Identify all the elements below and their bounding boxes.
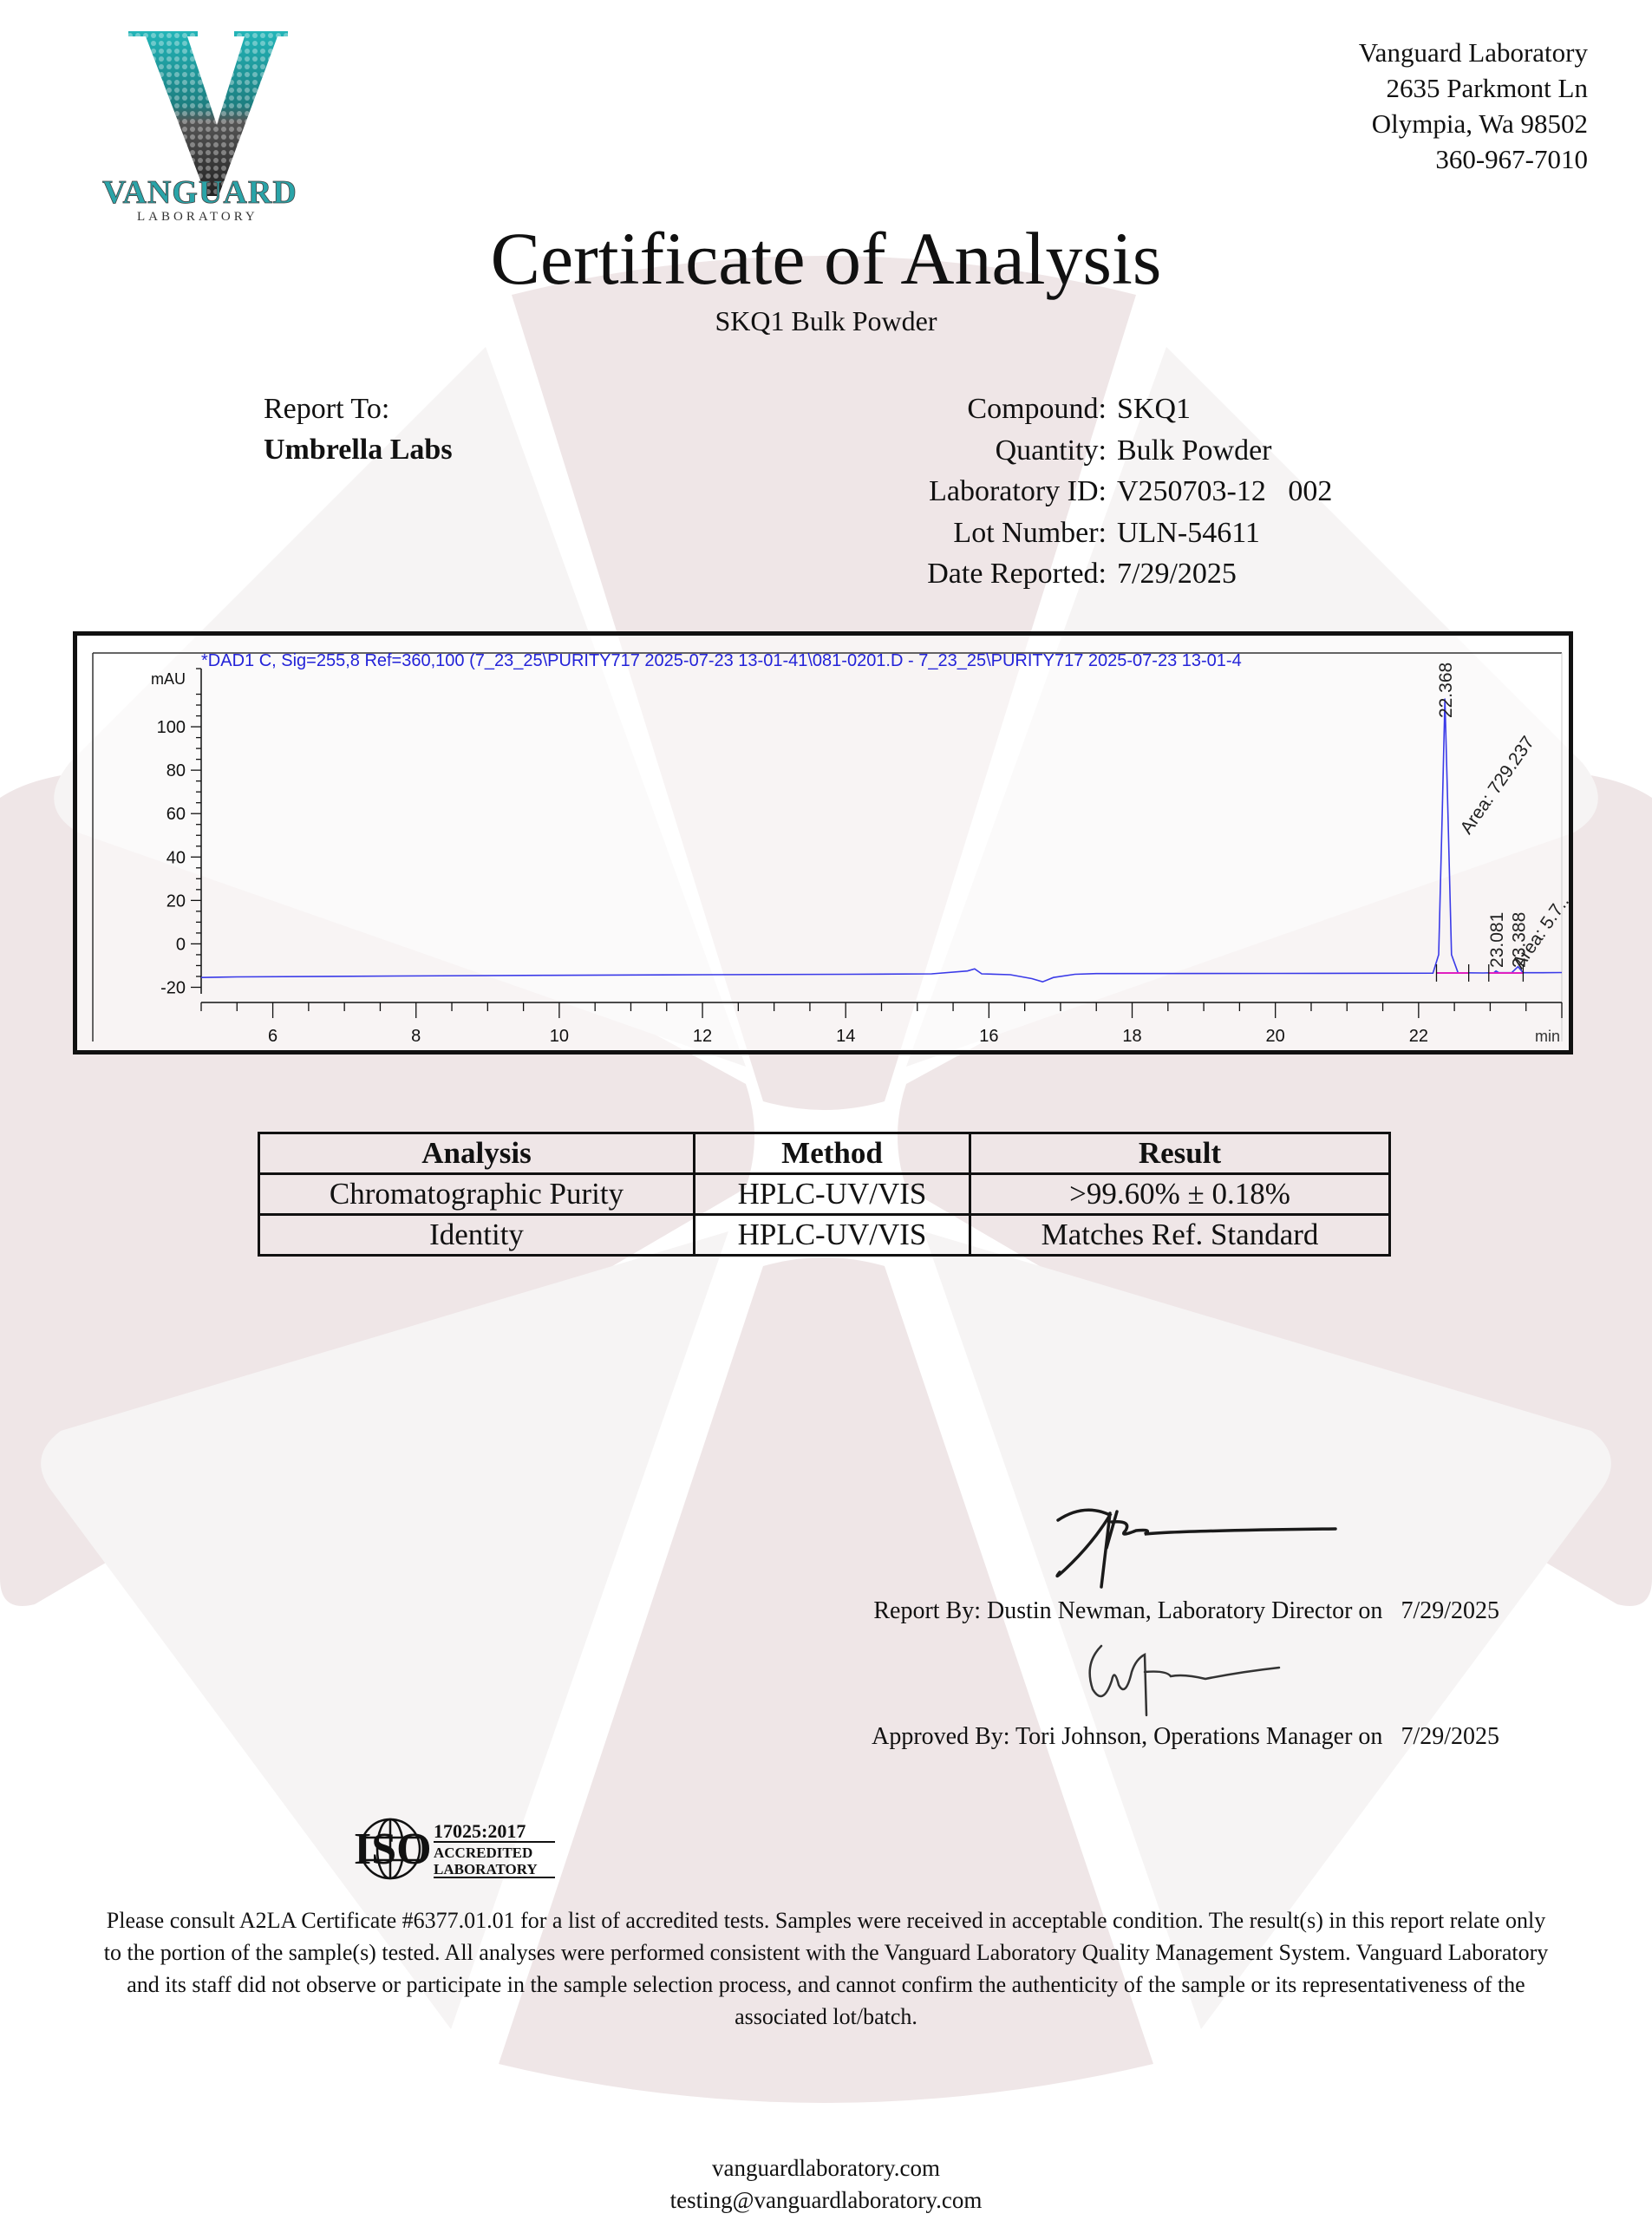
address-line: Olympia, Wa 98502 xyxy=(1359,106,1588,141)
detail-value: Bulk Powder xyxy=(1117,430,1272,472)
approved-by-date: 7/29/2025 xyxy=(1401,1723,1499,1750)
table-header-row: Analysis Method Result xyxy=(259,1133,1390,1174)
svg-text:0: 0 xyxy=(176,935,186,954)
svg-text:17025:2017: 17025:2017 xyxy=(434,1820,526,1842)
chromatogram-chart: *DAD1 C, Sig=255,8 Ref=360,100 (7_23_25\… xyxy=(77,636,1569,1050)
address-phone: 360-967-7010 xyxy=(1359,141,1588,177)
svg-text:14: 14 xyxy=(836,1027,855,1046)
approved-by-line: Approved By: Tori Johnson, Operations Ma… xyxy=(872,1723,1499,1751)
svg-text:mAU: mAU xyxy=(151,670,186,688)
disclaimer-text: Please consult A2LA Certificate #6377.01… xyxy=(95,1904,1557,2033)
svg-text:ISO: ISO xyxy=(354,1825,432,1874)
svg-text:23.081: 23.081 xyxy=(1487,912,1507,968)
detail-value: V250703-12 002 xyxy=(1117,471,1332,513)
svg-text:40: 40 xyxy=(167,848,186,867)
chart-title: *DAD1 C, Sig=255,8 Ref=360,100 (7_23_25\… xyxy=(201,651,1242,670)
svg-text:ACCREDITED: ACCREDITED xyxy=(434,1845,532,1861)
column-header-method: Method xyxy=(695,1133,970,1174)
detail-value: SKQ1 xyxy=(1117,388,1191,430)
website-link[interactable]: vanguardlaboratory.com xyxy=(0,2152,1652,2184)
svg-text:20: 20 xyxy=(1266,1027,1285,1046)
signature-dustin-newman xyxy=(1049,1496,1344,1591)
detail-compound: Compound:SKQ1 xyxy=(867,388,1332,430)
report-to-block: Report To: Umbrella Labs xyxy=(264,388,453,470)
logo-wordmark: VANGUARD xyxy=(102,174,297,211)
svg-text:20: 20 xyxy=(167,891,186,911)
vanguard-logo: VANGUARD LABORATORY xyxy=(95,24,330,224)
detail-label: Lot Number: xyxy=(867,513,1117,554)
client-name: Umbrella Labs xyxy=(264,429,453,470)
cell-analysis: Identity xyxy=(259,1215,695,1256)
approved-by-text: Approved By: Tori Johnson, Operations Ma… xyxy=(872,1723,1382,1750)
svg-text:100: 100 xyxy=(157,718,186,737)
svg-text:22.368: 22.368 xyxy=(1436,663,1456,718)
email-link[interactable]: testing@vanguardlaboratory.com xyxy=(0,2184,1652,2217)
svg-text:-20: -20 xyxy=(160,978,186,997)
svg-text:10: 10 xyxy=(550,1027,569,1046)
detail-laboratory-id: Laboratory ID:V250703-12 002 xyxy=(867,471,1332,513)
column-header-analysis: Analysis xyxy=(259,1133,695,1174)
sample-details: Compound:SKQ1 Quantity:Bulk Powder Labor… xyxy=(867,388,1332,595)
report-by-date: 7/29/2025 xyxy=(1401,1597,1499,1624)
report-by-line: Report By: Dustin Newman, Laboratory Dir… xyxy=(873,1597,1499,1625)
cell-method: HPLC-UV/VIS xyxy=(695,1215,970,1256)
svg-text:12: 12 xyxy=(693,1027,712,1046)
cell-method: HPLC-UV/VIS xyxy=(695,1174,970,1215)
table-row: Identity HPLC-UV/VIS Matches Ref. Standa… xyxy=(259,1215,1390,1256)
lab-address: Vanguard Laboratory 2635 Parkmont Ln Oly… xyxy=(1359,35,1588,177)
svg-text:8: 8 xyxy=(411,1027,421,1046)
detail-label: Compound: xyxy=(867,388,1117,430)
iso-accreditation-badge: ISO 17025:2017 ACCREDITED LABORATORY xyxy=(351,1817,559,1882)
svg-text:LABORATORY: LABORATORY xyxy=(434,1861,538,1877)
svg-text:6: 6 xyxy=(268,1027,278,1046)
svg-text:60: 60 xyxy=(167,805,186,824)
report-to-label: Report To: xyxy=(264,388,453,429)
svg-text:80: 80 xyxy=(167,761,186,780)
column-header-result: Result xyxy=(970,1133,1390,1174)
detail-lot-number: Lot Number:ULN-54611 xyxy=(867,513,1332,554)
cell-analysis: Chromatographic Purity xyxy=(259,1174,695,1215)
report-by-text: Report By: Dustin Newman, Laboratory Dir… xyxy=(873,1597,1382,1624)
cell-result: Matches Ref. Standard xyxy=(970,1215,1390,1256)
results-table: Analysis Method Result Chromatographic P… xyxy=(258,1132,1391,1257)
svg-text:16: 16 xyxy=(979,1027,998,1046)
detail-value: ULN-54611 xyxy=(1117,513,1260,554)
svg-text:Area: 729.237: Area: 729.237 xyxy=(1456,733,1538,838)
detail-date-reported: Date Reported:7/29/2025 xyxy=(867,553,1332,595)
signature-tori-johnson xyxy=(1084,1637,1283,1720)
detail-value: 7/29/2025 xyxy=(1117,553,1237,595)
svg-text:22: 22 xyxy=(1409,1027,1428,1046)
footer-contact: vanguardlaboratory.com testing@vanguardl… xyxy=(0,2152,1652,2217)
document-subtitle: SKQ1 Bulk Powder xyxy=(0,305,1652,337)
table-row: Chromatographic Purity HPLC-UV/VIS >99.6… xyxy=(259,1174,1390,1215)
document-title: Certificate of Analysis xyxy=(0,215,1652,302)
detail-label: Date Reported: xyxy=(867,553,1117,595)
detail-label: Laboratory ID: xyxy=(867,471,1117,513)
address-line: 2635 Parkmont Ln xyxy=(1359,70,1588,106)
detail-label: Quantity: xyxy=(867,430,1117,472)
detail-quantity: Quantity:Bulk Powder xyxy=(867,430,1332,472)
address-line: Vanguard Laboratory xyxy=(1359,35,1588,70)
svg-text:min: min xyxy=(1535,1028,1560,1045)
svg-text:18: 18 xyxy=(1122,1027,1141,1046)
cell-result: >99.60% ± 0.18% xyxy=(970,1174,1390,1215)
